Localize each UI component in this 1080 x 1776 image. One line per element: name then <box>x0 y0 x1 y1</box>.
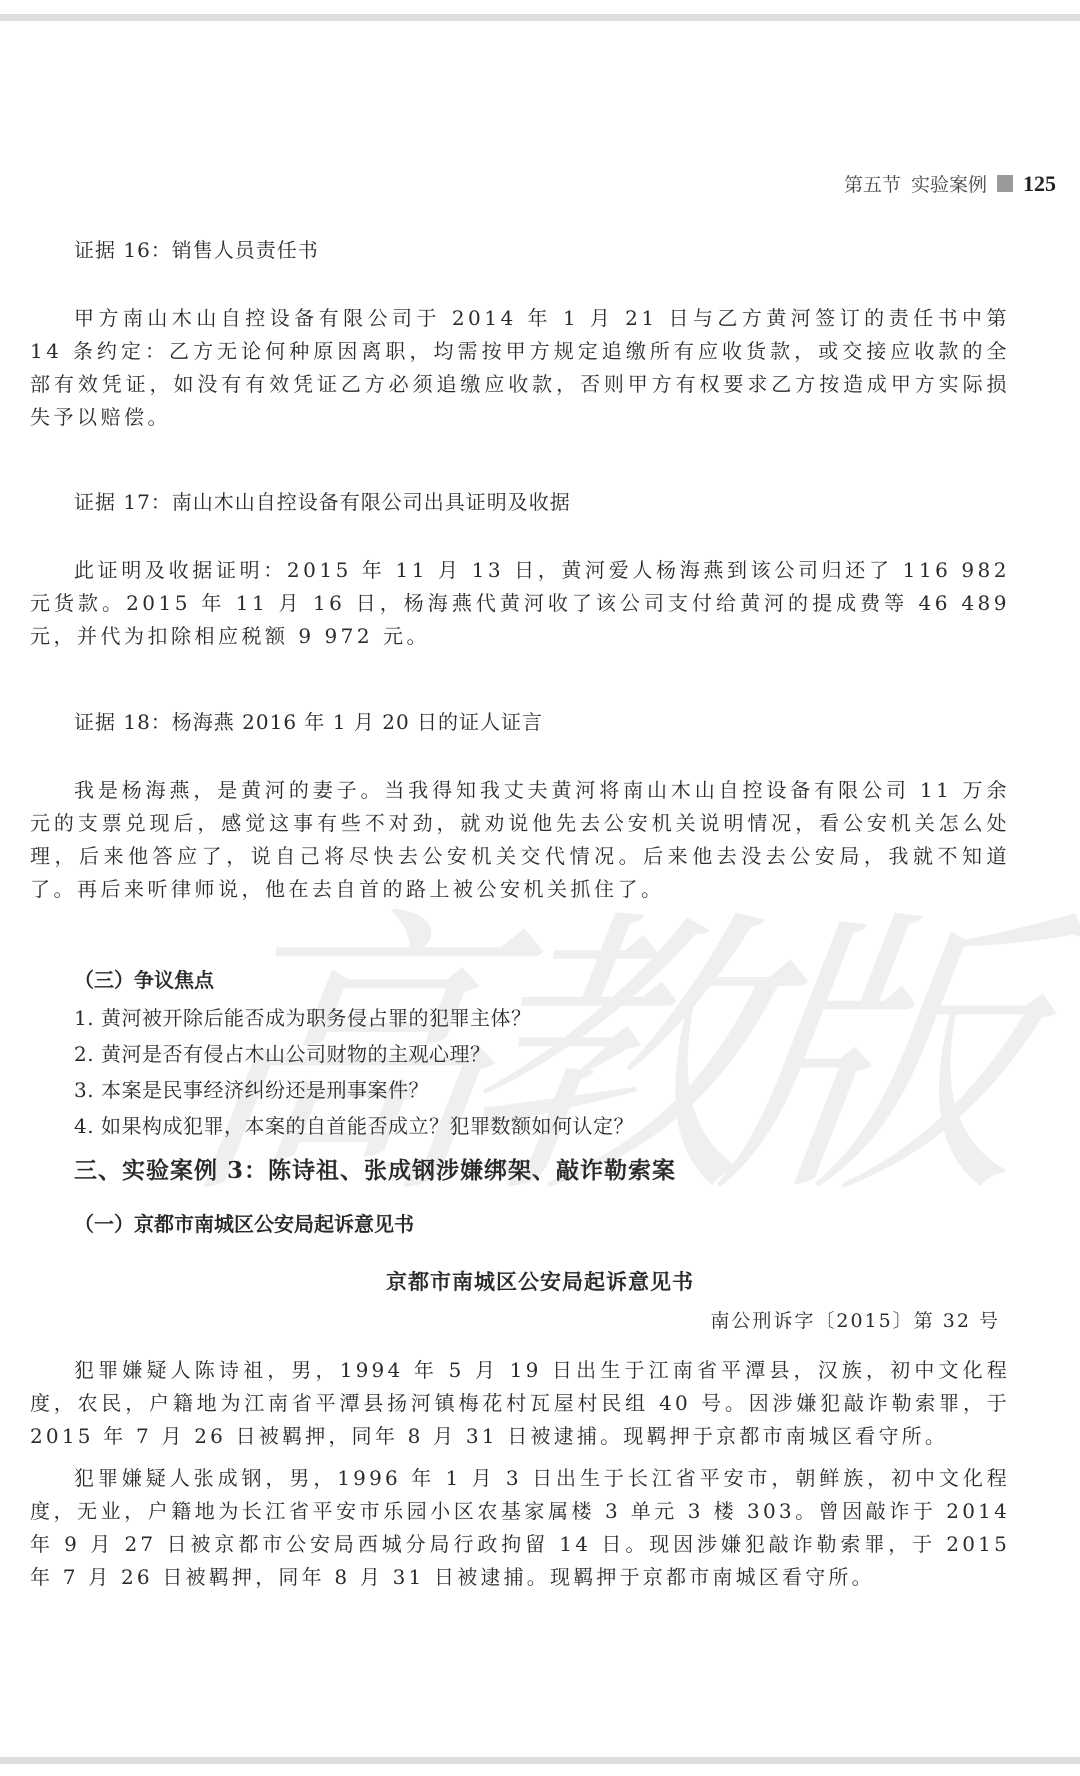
page-number: 125 <box>1023 171 1056 197</box>
sub-title: （一）京都市南城区公安局起诉意见书 <box>74 1208 1054 1237</box>
evidence-16-body: 甲方南山木山自控设备有限公司于 2014 年 1 月 21 日与乙方黄河签订的责… <box>30 302 1010 434</box>
evidence-18-heading: 证据 18：杨海燕 2016 年 1 月 20 日的证人证言 <box>74 706 1054 735</box>
square-marker-icon <box>997 175 1013 192</box>
dispute-heading: （三）争议焦点 <box>74 964 1054 993</box>
document-number: 南公刑诉字〔2015〕第 32 号 <box>710 1306 1000 1333</box>
bottom-scroll-bar <box>0 1757 1080 1764</box>
dispute-item: 4. 如果构成犯罪，本案的自首能否成立？犯罪数额如何认定？ <box>74 1110 1054 1139</box>
running-head-chapter: 实验案例 <box>911 170 987 197</box>
running-head-section: 第五节 <box>844 170 901 197</box>
running-head: 第五节 实验案例 125 <box>844 170 1056 197</box>
suspect-paragraph: 犯罪嫌疑人陈诗祖，男，1994 年 5 月 19 日出生于江南省平潭县，汉族，初… <box>30 1354 1010 1453</box>
dispute-item: 1. 黄河被开除后能否成为职务侵占罪的犯罪主体？ <box>74 1002 1054 1031</box>
document-title: 京都市南城区公安局起诉意见书 <box>0 1266 1080 1296</box>
dispute-item: 3. 本案是民事经济纠纷还是刑事案件？ <box>74 1074 1054 1103</box>
evidence-17-heading: 证据 17：南山木山自控设备有限公司出具证明及收据 <box>74 486 1054 515</box>
dispute-item: 2. 黄河是否有侵占木山公司财物的主观心理？ <box>74 1038 1054 1067</box>
suspect-paragraph: 犯罪嫌疑人张成钢，男，1996 年 1 月 3 日出生于长江省平安市，朝鲜族，初… <box>30 1462 1010 1594</box>
top-scroll-bar <box>0 14 1080 21</box>
evidence-18-body: 我是杨海燕，是黄河的妻子。当我得知我丈夫黄河将南山木山自控设备有限公司 11 万… <box>30 774 1010 906</box>
evidence-17-body: 此证明及收据证明：2015 年 11 月 13 日，黄河爱人杨海燕到该公司归还了… <box>30 554 1010 653</box>
section-title: 三、实验案例 3：陈诗祖、张成钢涉嫌绑架、敲诈勒索案 <box>74 1152 1054 1185</box>
evidence-16-heading: 证据 16：销售人员责任书 <box>74 234 1054 263</box>
